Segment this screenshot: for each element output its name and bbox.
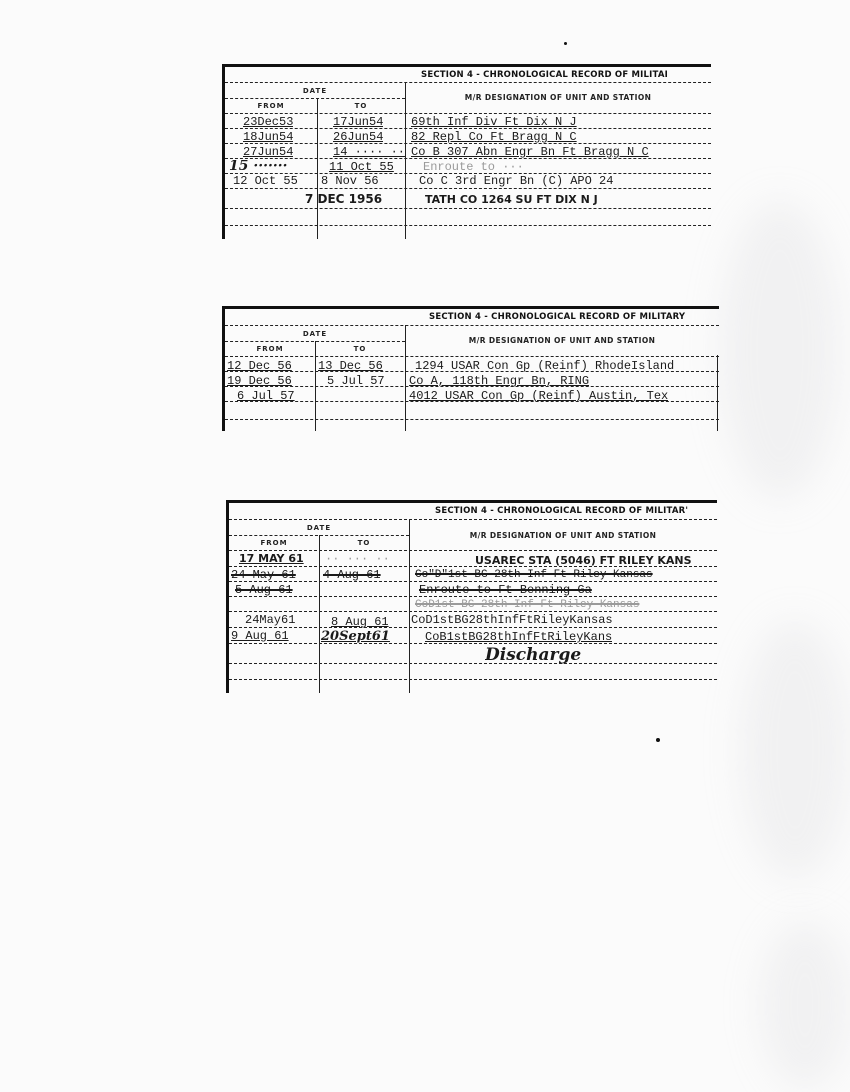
record-to: 17Jun54 (333, 116, 383, 129)
record-to: ·· ··· ·· (325, 553, 390, 566)
record-from: 27Jun54 (243, 146, 293, 159)
record-to: 11 Oct 55 (329, 161, 394, 174)
record-to: 4 Aug 61 (323, 569, 381, 582)
header-designation: M/R DESIGNATION OF UNIT AND STATION (405, 93, 711, 102)
section-title: SECTION 4 - CHRONOLOGICAL RECORD OF MILI… (429, 312, 719, 322)
record-unit: Enroute to Ft Benning Ga (419, 584, 592, 597)
header-designation: M/R DESIGNATION OF UNIT AND STATION (405, 336, 719, 345)
record-unit: TATH CO 1264 SU FT DIX N J (425, 193, 598, 206)
record-unit: 4012 USAR Con Gp (Reinf) Austin, Tex (409, 390, 668, 403)
record-to: 5 Jul 57 (327, 375, 385, 388)
record-from: 12 Dec 56 (227, 360, 292, 373)
record-unit: Co"D"1st BG 28th Inf Ft Riley Kansas (415, 569, 665, 582)
record-unit: Enroute to ··· (423, 161, 524, 174)
record-unit: 82 Repl Co Ft Bragg N C (411, 131, 577, 144)
record-unit: Co A, 118th Engr Bn, RING (409, 375, 589, 388)
record-unit: USAREC STA (5046) FT RILEY KANS (475, 554, 692, 567)
paper-crease-shadow (760, 920, 850, 1090)
record-unit: CoD1st BG 28th Inf Ft Riley Kansas (415, 599, 665, 612)
header-date: DATE (225, 330, 405, 338)
header-date: DATE (229, 524, 409, 532)
record-unit: 1294 USAR Con Gp (Reinf) RhodeIsland (415, 360, 674, 373)
service-record-section-1: SECTION 4 - CHRONOLOGICAL RECORD OF MILI… (222, 64, 711, 239)
header-to: TO (319, 539, 409, 547)
record-unit: Co C 3rd Engr Bn (C) APO 24 (419, 175, 613, 188)
record-unit: Co B 307 Abn Engr Bn Ft Bragg N C (411, 146, 649, 159)
record-unit: CoD1stBG28thInfFtRileyKansas (411, 614, 613, 627)
record-to: 7 DEC 1956 (305, 193, 382, 206)
paper-crease-shadow (740, 620, 850, 880)
service-record-section-3: SECTION 4 - CHRONOLOGICAL RECORD OF MILI… (226, 500, 717, 693)
record-from: 5 Aug 61 (235, 584, 293, 597)
paper-speck (656, 738, 660, 742)
header-from: FROM (225, 345, 315, 353)
service-record-section-2: SECTION 4 - CHRONOLOGICAL RECORD OF MILI… (222, 306, 719, 431)
section-title: SECTION 4 - CHRONOLOGICAL RECORD OF MILI… (435, 506, 717, 516)
record-from: 9 Aug 61 (231, 630, 289, 643)
record-to: 14 ···· ·· (333, 146, 405, 159)
record-to: 8 Nov 56 (321, 175, 379, 188)
record-unit: CoB1stBG28thInfFtRileyKans (425, 631, 612, 644)
record-to: 26Jun54 (333, 131, 383, 144)
record-from: 6 Jul 57 (237, 390, 295, 403)
section-title: SECTION 4 - CHRONOLOGICAL RECORD OF MILI… (421, 70, 711, 80)
record-from: 19 Dec 56 (227, 375, 292, 388)
record-to: 20Sept61 (321, 630, 390, 643)
record-from: 18Jun54 (243, 131, 293, 144)
header-to: TO (315, 345, 405, 353)
record-from: 17 MAY 61 (239, 552, 304, 565)
record-to: 8 Aug 61 (331, 616, 389, 629)
header-to: TO (317, 102, 405, 110)
record-unit: Discharge (485, 646, 581, 664)
record-from: 15 ······· (229, 160, 287, 173)
record-from: 23Dec53 (243, 116, 293, 129)
record-unit: 69th Inf Div Ft Dix N J (411, 116, 577, 129)
record-to: 13 Dec 56 (318, 360, 383, 373)
record-from: 24May61 (245, 614, 295, 627)
header-from: FROM (229, 539, 319, 547)
record-from: 12 Oct 55 (233, 175, 298, 188)
header-designation: M/R DESIGNATION OF UNIT AND STATION (409, 531, 717, 540)
paper-crease-shadow (720, 200, 840, 500)
paper-speck (564, 42, 567, 45)
header-date: DATE (225, 87, 405, 95)
header-from: FROM (225, 102, 317, 110)
record-from: 24 May 61 (231, 569, 296, 582)
